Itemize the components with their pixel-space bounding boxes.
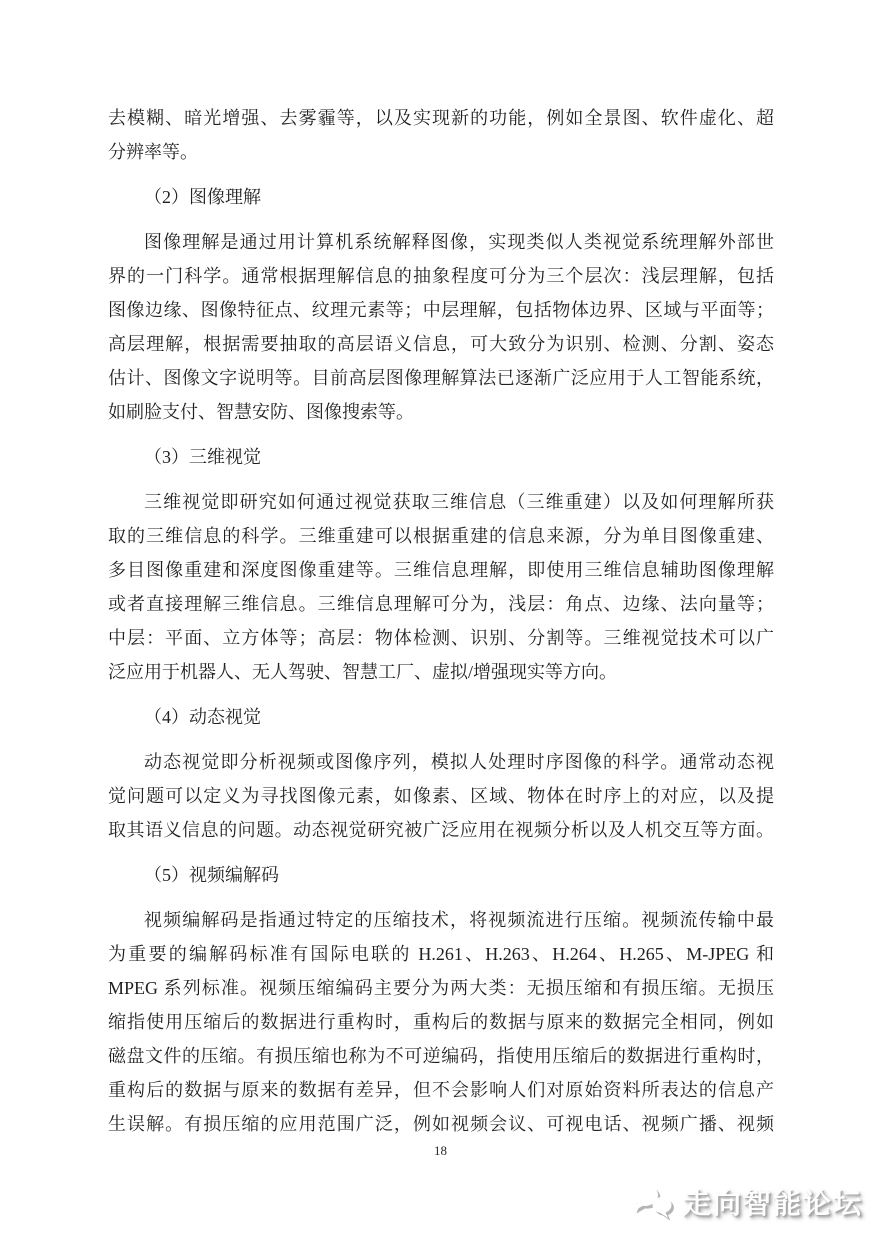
- text-line: 觉问题可以定义为寻找图像元素，如像素、区域、物体在时序上的对应，以及提: [108, 779, 774, 813]
- text-line: 界的一门科学。通常根据理解信息的抽象程度可分为三个层次：浅层理解，包括: [108, 259, 774, 293]
- text-line: 为重要的编解码标准有国际电联的 H.261、H.263、H.264、H.265、…: [108, 937, 774, 971]
- text-line: 图像理解是通过用计算机系统解释图像，实现类似人类视觉系统理解外部世: [108, 225, 774, 259]
- text-line: 中层：平面、立方体等；高层：物体检测、识别、分割等。三维视觉技术可以广: [108, 621, 774, 655]
- text-line: 取其语义信息的问题。动态视觉研究被广泛应用在视频分析以及人机交互等方面。: [108, 813, 774, 847]
- text-line: 估计、图像文字说明等。目前高层图像理解算法已逐渐广泛应用于人工智能系统，: [108, 361, 774, 395]
- paragraph-dynamic-vision: 动态视觉即分析视频或图像序列，模拟人处理时序图像的科学。通常动态视 觉问题可以定…: [108, 745, 774, 847]
- paragraph-video-codec: 视频编解码是指通过特定的压缩技术，将视频流进行压缩。视频流传输中最 为重要的编解…: [108, 903, 774, 1141]
- text-line: 三维视觉即研究如何通过视觉获取三维信息（三维重建）以及如何理解所获: [108, 485, 774, 519]
- page-number: 18: [0, 1143, 881, 1159]
- heading-dynamic-vision: （4）动态视觉: [108, 700, 774, 734]
- text-line: 取的三维信息的科学。三维重建可以根据重建的信息来源，分为单目图像重建、: [108, 519, 774, 553]
- paragraph-3d-vision: 三维视觉即研究如何通过视觉获取三维信息（三维重建）以及如何理解所获 取的三维信息…: [108, 485, 774, 689]
- text-line: 高层理解，根据需要抽取的高层语义信息，可大致分为识别、检测、分割、姿态: [108, 327, 774, 361]
- text-line: 缩指使用压缩后的数据进行重构时，重构后的数据与原来的数据完全相同，例如: [108, 1005, 774, 1039]
- text-line: 泛应用于机器人、无人驾驶、智慧工厂、虚拟/增强现实等方向。: [108, 655, 774, 689]
- heading-image-understanding: （2）图像理解: [108, 180, 774, 214]
- watermark-text: 走向智能论坛: [683, 1182, 863, 1222]
- text-line: 分辨率等。: [108, 135, 774, 169]
- heading-video-codec: （5）视频编解码: [108, 858, 774, 892]
- document-body: 去模糊、暗光增强、去雾霾等，以及实现新的功能，例如全景图、软件虚化、超 分辨率等…: [108, 101, 774, 1141]
- text-line: 重构后的数据与原来的数据有差异，但不会影响人们对原始资料所表达的信息产: [108, 1073, 774, 1107]
- document-page: 去模糊、暗光增强、去雾霾等，以及实现新的功能，例如全景图、软件虚化、超 分辨率等…: [0, 0, 881, 1245]
- text-line: 去模糊、暗光增强、去雾霾等，以及实现新的功能，例如全景图、软件虚化、超: [108, 101, 774, 135]
- text-line: 如刷脸支付、智慧安防、图像搜索等。: [108, 395, 774, 429]
- text-line: 磁盘文件的压缩。有损压缩也称为不可逆编码，指使用压缩后的数据进行重构时，: [108, 1039, 774, 1073]
- text-line: 或者直接理解三维信息。三维信息理解可分为，浅层：角点、边缘、法向量等；: [108, 587, 774, 621]
- heading-3d-vision: （3）三维视觉: [108, 440, 774, 474]
- text-line: 图像边缘、图像特征点、纹理元素等；中层理解，包括物体边界、区域与平面等；: [108, 293, 774, 327]
- text-line: 生误解。有损压缩的应用范围广泛，例如视频会议、可视电话、视频广播、视频: [108, 1107, 774, 1141]
- text-line: 视频编解码是指通过特定的压缩技术，将视频流进行压缩。视频流传输中最: [108, 903, 774, 937]
- text-line: 多目图像重建和深度图像重建等。三维信息理解，即使用三维信息辅助图像理解: [108, 553, 774, 587]
- wechat-bubbles-icon: [630, 1182, 676, 1222]
- paragraph-continuation: 去模糊、暗光增强、去雾霾等，以及实现新的功能，例如全景图、软件虚化、超 分辨率等…: [108, 101, 774, 169]
- paragraph-image-understanding: 图像理解是通过用计算机系统解释图像，实现类似人类视觉系统理解外部世 界的一门科学…: [108, 225, 774, 429]
- text-line: 动态视觉即分析视频或图像序列，模拟人处理时序图像的科学。通常动态视: [108, 745, 774, 779]
- watermark: 走向智能论坛: [630, 1182, 863, 1222]
- text-line: MPEG 系列标准。视频压缩编码主要分为两大类：无损压缩和有损压缩。无损压: [108, 971, 774, 1005]
